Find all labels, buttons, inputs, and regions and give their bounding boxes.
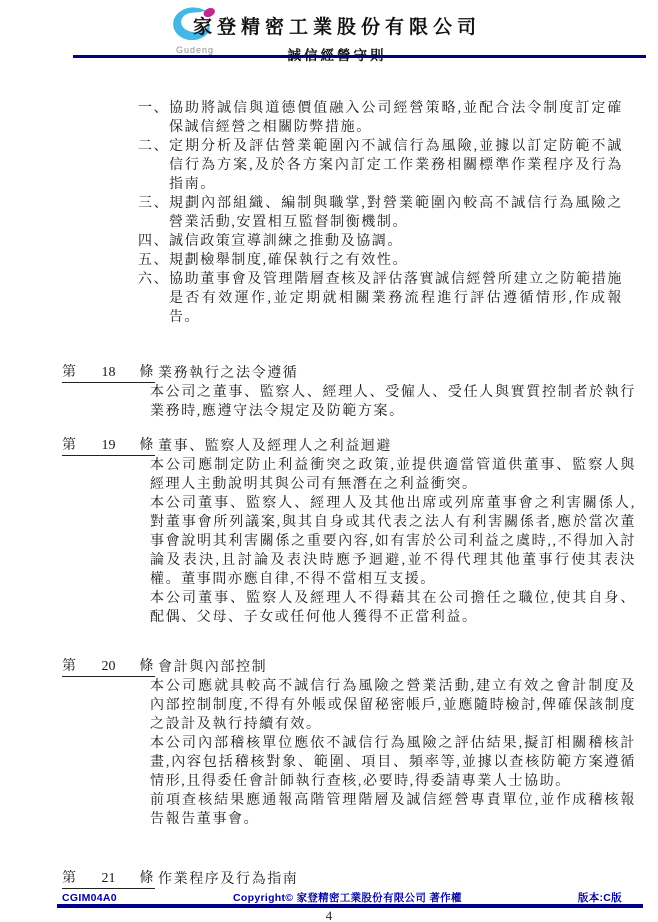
list-text: 定期分析及評估營業範圍內不誠信行為風險,並據以訂定防範不誠信行為方案,及於各方案… — [169, 137, 623, 194]
list-text: 協助將誠信與道德價值融入公司經營策略,並配合法令制度訂定確保誠信經營之相關防弊措… — [169, 99, 623, 137]
list-item: 五、 規劃檢舉制度,確保執行之有效性。 — [138, 251, 628, 270]
list-item: 六、 協助董事會及管理階層查核及評估落實誠信經營所建立之防範措施是否有效運作,並… — [138, 270, 628, 327]
list-item: 二、 定期分析及評估營業範圍內不誠信行為風險,並據以訂定防範不誠信行為方案,及於… — [138, 137, 628, 194]
article-paragraph: 本公司應制定防止利益衝突之政策,並提供適當管道供董事、監察人與經理人主動說明其與… — [150, 456, 636, 494]
article-heading: 第18條業務執行之法令遵循 — [62, 363, 628, 383]
article-19: 第19條董事、監察人及經理人之利益迴避 本公司應制定防止利益衝突之政策,並提供適… — [62, 436, 628, 627]
list-marker: 五、 — [138, 251, 169, 270]
article-suffix: 條 — [139, 363, 155, 382]
company-name: 家登精密工業股份有限公司 — [73, 12, 601, 39]
article-21: 第21條作業程序及行為指南 — [62, 869, 628, 889]
list-marker: 三、 — [138, 194, 169, 232]
article-title: 作業程序及行為指南 — [158, 872, 298, 887]
article-heading: 第21條作業程序及行為指南 — [62, 869, 628, 889]
article-paragraph: 前項查核結果應通報高階管理階層及誠信經營專責單位,並作成稽核報告報告董事會。 — [150, 791, 636, 829]
list-item: 一、 協助將誠信與道德價值融入公司經營策略,並配合法令制度訂定確保誠信經營之相關… — [138, 99, 628, 137]
list-text: 誠信政策宣導訓練之推動及協調。 — [169, 232, 623, 251]
article-number: 19 — [78, 436, 140, 455]
article-suffix: 條 — [139, 657, 155, 676]
list-text: 規劃檢舉制度,確保執行之有效性。 — [169, 251, 623, 270]
document-body: 一、 協助將誠信與道德價值融入公司經營策略,並配合法令制度訂定確保誠信經營之相關… — [62, 99, 628, 889]
version-label: 版本:C版 — [578, 890, 622, 905]
article-title: 業務執行之法令遵循 — [158, 366, 298, 381]
article-number: 18 — [78, 363, 140, 382]
article-prefix: 第 — [62, 657, 78, 676]
document-page: Gudeng 家登精密工業股份有限公司 誠信經營守則 一、 協助將誠信與道德價值… — [0, 0, 658, 922]
document-title: 誠信經營守則 — [73, 44, 601, 64]
article-label: 第20條 — [62, 657, 155, 677]
header-rule — [73, 55, 646, 58]
list-text: 協助董事會及管理階層查核及評估落實誠信經營所建立之防範措施是否有效運作,並定期就… — [169, 270, 623, 327]
article-title: 董事、監察人及經理人之利益迴避 — [158, 439, 392, 454]
article-prefix: 第 — [62, 363, 78, 382]
list-text: 規劃內部組織、編制與職掌,對營業範圍內較高不誠信行為風險之營業活動,安置相互監督… — [169, 194, 623, 232]
article-title: 會計與內部控制 — [158, 660, 267, 675]
article-20: 第20條會計與內部控制 本公司應就具較高不誠信行為風險之營業活動,建立有效之會計… — [62, 657, 628, 829]
list-marker: 六、 — [138, 270, 169, 327]
ordered-list: 一、 協助將誠信與道德價值融入公司經營策略,並配合法令制度訂定確保誠信經營之相關… — [138, 99, 628, 327]
article-label: 第19條 — [62, 436, 155, 456]
list-item: 三、 規劃內部組織、編制與職掌,對營業範圍內較高不誠信行為風險之營業活動,安置相… — [138, 194, 628, 232]
article-heading: 第19條董事、監察人及經理人之利益迴避 — [62, 436, 628, 456]
article-paragraph: 本公司之董事、監察人、經理人、受僱人、受任人與實質控制者於執行業務時,應遵守法令… — [150, 383, 636, 421]
article-prefix: 第 — [62, 436, 78, 455]
list-marker: 二、 — [138, 137, 169, 194]
article-18: 第18條業務執行之法令遵循 本公司之董事、監察人、經理人、受僱人、受任人與實質控… — [62, 363, 628, 421]
article-paragraph: 本公司董事、監察人、經理人及其他出席或列席董事會之利害關係人,對董事會所列議案,… — [150, 494, 636, 589]
copyright-text: Copyright© 家登精密工業股份有限公司 著作權 — [117, 890, 578, 905]
article-label: 第21條 — [62, 869, 155, 889]
list-marker: 一、 — [138, 99, 169, 137]
footer: CGIM04A0 Copyright© 家登精密工業股份有限公司 著作權 版本:… — [62, 890, 622, 905]
article-paragraph: 本公司董事、監察人及經理人不得藉其在公司擔任之職位,使其自身、配偶、父母、子女或… — [150, 589, 636, 627]
article-paragraph: 本公司內部稽核單位應依不誠信行為風險之評估結果,擬訂相關稽核計畫,內容包括稽核對… — [150, 734, 636, 791]
article-suffix: 條 — [139, 869, 155, 888]
list-marker: 四、 — [138, 232, 169, 251]
article-prefix: 第 — [62, 869, 78, 888]
page-number: 4 — [0, 908, 658, 922]
article-heading: 第20條會計與內部控制 — [62, 657, 628, 677]
list-item: 四、 誠信政策宣導訓練之推動及協調。 — [138, 232, 628, 251]
article-number: 20 — [78, 657, 140, 676]
doc-code: CGIM04A0 — [62, 892, 117, 904]
article-suffix: 條 — [139, 436, 155, 455]
article-paragraph: 本公司應就具較高不誠信行為風險之營業活動,建立有效之會計制度及內部控制制度,不得… — [150, 677, 636, 734]
article-label: 第18條 — [62, 363, 155, 383]
article-number: 21 — [78, 869, 140, 888]
